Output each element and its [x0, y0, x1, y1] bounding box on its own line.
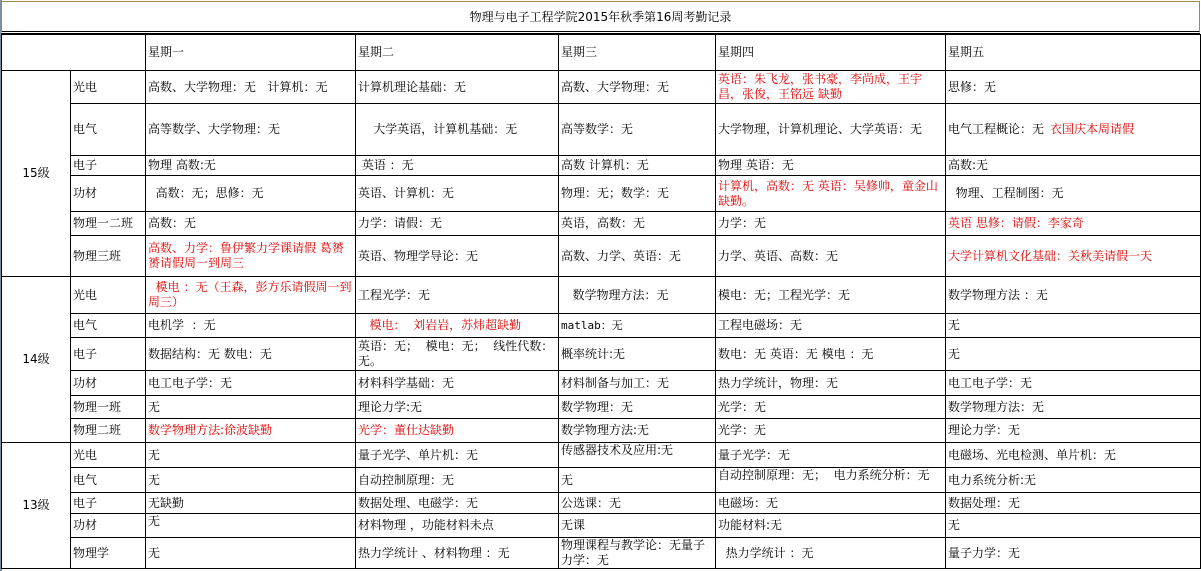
attendance-note: 电磁场、光电检测、单片机：无	[948, 448, 1116, 462]
attendance-cell: 热力学统计 ：无	[716, 538, 946, 569]
attendance-note: 传感器技术及应用:无	[561, 443, 673, 457]
class-label-cell: 物理三班	[71, 236, 146, 277]
attendance-note: 热力学统计，物理：无	[718, 376, 838, 390]
attendance-cell: 工程电磁场：无	[716, 314, 946, 338]
attendance-cell: 高数、大学物理：无	[559, 71, 716, 104]
attendance-cell: 光学：无	[716, 396, 946, 419]
table-row: 电子数据结构：无 数电：无英语：无； 模电：无； 线性代数：无。概率统计:无数电…	[2, 338, 1201, 371]
class-label-cell: 功材	[71, 514, 146, 538]
table-row: 电子物理 高数:无 英语 ：无高数 计算机：无物理 英语：无高数:无	[2, 156, 1201, 176]
attendance-note: 无	[148, 514, 160, 528]
grade-label-cell: 13级	[2, 443, 71, 569]
attendance-note: 物理课程与教学论：无量子力学：无	[561, 538, 705, 567]
attendance-cell: 材料物理 ，功能材料未点	[356, 514, 559, 538]
attendance-note: 无	[148, 448, 160, 462]
attendance-cell: 高数：无	[146, 212, 356, 236]
table-row: 电气电机学 ：无 模电： 刘岩岩，苏炜超缺勤matlab：无工程电磁场：无无	[2, 314, 1201, 338]
attendance-note: 英语、物理学导论：无	[358, 249, 478, 263]
attendance-cell: 模电：无；工程光学：无	[716, 277, 946, 314]
attendance-note: 材料制备与加工：无	[561, 376, 669, 390]
class-label-cell: 光电	[71, 443, 146, 468]
attendance-note: 高数、大学物理：无 计算机：无	[148, 80, 327, 94]
attendance-cell: 电磁场、光电检测、单片机：无	[946, 443, 1201, 468]
attendance-note: 无	[148, 473, 160, 487]
attendance-cell: 量子力学：无	[946, 538, 1201, 569]
attendance-cell: 数学物理方法:无	[559, 419, 716, 443]
attendance-cell: 无缺勤	[146, 493, 356, 514]
attendance-note: 力学：请假：无	[358, 216, 442, 230]
attendance-note: 电工电子学：无	[948, 376, 1032, 390]
attendance-cell: 计算机，高数：无 英语：吴修帅，童金山缺勤。	[716, 176, 946, 212]
attendance-note: 公选课：无	[561, 496, 621, 510]
attendance-cell: 力学：请假：无	[356, 212, 559, 236]
table-row: 电气无自动控制原理：无无自动控制原理：无； 电力系统分析：无电力系统分析:无	[2, 468, 1201, 493]
attendance-note: 无缺勤	[148, 496, 184, 510]
table-row: 电子无缺勤数据处理、电磁学：无公选课：无电磁场：无数据处理：无	[2, 493, 1201, 514]
class-label-cell: 电子	[71, 156, 146, 176]
attendance-cell: 无	[559, 468, 716, 493]
attendance-cell: 高数、力学：鲁伊繁力学课请假 葛赟赟请假周一到周三	[146, 236, 356, 277]
attendance-note: 无	[948, 347, 960, 361]
attendance-note: 光学：无	[718, 423, 766, 437]
absence-note: 光学：董仕达缺勤	[358, 423, 454, 437]
attendance-note: 大学英语，计算机基础：无	[358, 122, 517, 136]
table-row: 物理三班高数、力学：鲁伊繁力学课请假 葛赟赟请假周一到周三英语、物理学导论：无高…	[2, 236, 1201, 277]
table-row: 功材电工电子学：无材料科学基础：无材料制备与加工：无热力学统计，物理：无电工电子…	[2, 371, 1201, 396]
header-day-wed: 星期三	[559, 35, 716, 71]
attendance-note: 数学物理方法 ：无	[948, 288, 1048, 302]
attendance-cell: 物理 高数:无	[146, 156, 356, 176]
class-label-cell: 物理学	[71, 538, 146, 569]
attendance-cell: 自动控制原理：无； 电力系统分析：无	[716, 468, 946, 493]
attendance-note: 大学物理，计算机理论、大学英语：无	[718, 122, 922, 136]
attendance-cell: 概率统计:无	[559, 338, 716, 371]
attendance-cell: 大学物理，计算机理论、大学英语：无	[716, 104, 946, 156]
table-row: 物理学无热力学统计 、材料物理 ：无物理课程与教学论：无量子力学：无 热力学统计…	[2, 538, 1201, 569]
attendance-note: 材料物理 ，功能材料未点	[358, 518, 494, 532]
attendance-cell: 理论力学:无	[356, 396, 559, 419]
attendance-note: 物理 英语：无	[718, 158, 794, 172]
attendance-note: 高数、大学物理：无	[561, 80, 669, 94]
attendance-note: 理论力学：无	[948, 423, 1020, 437]
attendance-note: 高数：无；思修：无	[148, 186, 264, 200]
grade-label-cell: 15级	[2, 71, 71, 277]
attendance-cell: 数电：无 英语：无 模电 ：无	[716, 338, 946, 371]
attendance-note: 数据结构：无 数电：无	[148, 347, 272, 361]
table-row: 电气高等数学、大学物理：无 大学英语，计算机基础：无高等数学：无大学物理，计算机…	[2, 104, 1201, 156]
attendance-cell: 高等数学：无	[559, 104, 716, 156]
attendance-cell: 无	[146, 538, 356, 569]
attendance-cell: 高数:无	[946, 156, 1201, 176]
attendance-note: 电气工程概论：无	[948, 122, 1044, 136]
attendance-cell: 计算机理论基础：无	[356, 71, 559, 104]
attendance-cell: 英语、物理学导论：无	[356, 236, 559, 277]
attendance-cell: 思修：无	[946, 71, 1201, 104]
attendance-note: 量子光学：无	[718, 448, 790, 462]
attendance-cell: 物理：无；数学：无	[559, 176, 716, 212]
class-label-cell: 物理二班	[71, 419, 146, 443]
attendance-cell: 数学物理方法:徐波缺勤	[146, 419, 356, 443]
attendance-cell: 力学：无	[716, 212, 946, 236]
attendance-cell: 英语 思修：请假：李家奇	[946, 212, 1201, 236]
attendance-cell: 材料科学基础：无	[356, 371, 559, 396]
attendance-note: 计算机理论基础：无	[358, 80, 466, 94]
attendance-cell: 无	[146, 443, 356, 468]
attendance-cell: 数学物理方法 ：无	[946, 277, 1201, 314]
attendance-note: 高等数学：无	[561, 122, 633, 136]
attendance-cell: 无	[146, 468, 356, 493]
attendance-note: 思修：无	[948, 80, 996, 94]
class-label-cell: 物理一二班	[71, 212, 146, 236]
attendance-note: 物理：无；数学：无	[561, 186, 669, 200]
attendance-note: 量子光学、单片机：无	[358, 448, 478, 462]
attendance-cell: 高等数学、大学物理：无	[146, 104, 356, 156]
attendance-note: 物理 高数:无	[148, 158, 216, 172]
attendance-note: 数学物理方法：无	[948, 400, 1044, 414]
attendance-note: matlab：无	[561, 319, 623, 332]
table-row: 功材无材料物理 ，功能材料未点无课功能材料:无无	[2, 514, 1201, 538]
attendance-note: 无	[948, 518, 960, 532]
attendance-cell: 英语：朱飞龙，张书豪，李尚成，王宇昌，张俊，王铭远 缺勤	[716, 71, 946, 104]
sheet-title-text: 物理与电子工程学院2015年秋季第16周考勤记录	[470, 8, 732, 25]
attendance-note: 概率统计:无	[561, 347, 625, 361]
attendance-note: 英语 ：无	[358, 158, 414, 172]
class-label-cell: 光电	[71, 71, 146, 104]
attendance-cell: 无课	[559, 514, 716, 538]
attendance-note: 高数:无	[948, 158, 988, 172]
absence-note: 模电： 刘岩岩，苏炜超缺勤	[358, 318, 521, 332]
attendance-cell: 高数 计算机：无	[559, 156, 716, 176]
attendance-note: 模电：无；工程光学：无	[718, 288, 850, 302]
attendance-cell: 电工电子学：无	[146, 371, 356, 396]
attendance-note: 自动控制原理：无； 电力系统分析：无	[718, 468, 930, 482]
attendance-cell: 模电 ：无（王森，彭方乐请假周一到周三）	[146, 277, 356, 314]
attendance-cell: 英语：无； 模电：无； 线性代数：无。	[356, 338, 559, 371]
header-row: 星期一 星期二 星期三 星期四 星期五	[2, 35, 1201, 71]
attendance-cell: 物理 英语：无	[716, 156, 946, 176]
attendance-note: 数学物理方法：无	[561, 288, 668, 302]
attendance-note: 英语、计算机：无	[358, 186, 454, 200]
header-corner-cell	[2, 35, 146, 71]
absence-note: 数学物理方法:徐波缺勤	[148, 423, 272, 437]
attendance-cell: 电气工程概论：无衣国庆本周请假	[946, 104, 1201, 156]
absence-note: 衣国庆本周请假	[1050, 122, 1134, 136]
attendance-note: 高数：无	[148, 216, 196, 230]
attendance-cell: 无	[946, 514, 1201, 538]
attendance-cell: matlab：无	[559, 314, 716, 338]
attendance-cell: 高数：无；思修：无	[146, 176, 356, 212]
attendance-cell: 数学物理方法：无	[946, 396, 1201, 419]
class-label-cell: 电子	[71, 338, 146, 371]
class-label-cell: 电气	[71, 314, 146, 338]
attendance-note: 英语：无； 模电：无； 线性代数：无。	[358, 339, 553, 368]
attendance-note: 力学：无	[718, 216, 766, 230]
attendance-note: 物理、工程制图：无	[948, 186, 1064, 200]
table-row: 物理一二班高数：无力学：请假：无英语，高数：无力学：无英语 思修：请假：李家奇	[2, 212, 1201, 236]
sheet-title: 物理与电子工程学院2015年秋季第16周考勤记录	[1, 1, 1200, 34]
attendance-cell: 高数、大学物理：无 计算机：无	[146, 71, 356, 104]
attendance-cell: 热力学统计 、材料物理 ：无	[356, 538, 559, 569]
attendance-note: 高等数学、大学物理：无	[148, 122, 280, 136]
attendance-note: 工程光学：无	[358, 288, 430, 302]
attendance-note: 工程电磁场：无	[718, 318, 802, 332]
attendance-cell: 数据结构：无 数电：无	[146, 338, 356, 371]
attendance-cell: 英语、计算机：无	[356, 176, 559, 212]
attendance-cell: 光学：董仕达缺勤	[356, 419, 559, 443]
attendance-note: 无课	[561, 518, 585, 532]
attendance-cell: 无	[146, 514, 356, 538]
class-label-cell: 物理一班	[71, 396, 146, 419]
attendance-note: 自动控制原理：无	[358, 473, 454, 487]
attendance-cell: 英语，高数：无	[559, 212, 716, 236]
class-label-cell: 功材	[71, 371, 146, 396]
header-day-thu: 星期四	[716, 35, 946, 71]
attendance-note: 电机学 ：无	[148, 318, 216, 332]
grade-label-cell: 14级	[2, 277, 71, 443]
header-day-fri: 星期五	[946, 35, 1201, 71]
attendance-cell: 无	[946, 338, 1201, 371]
attendance-cell: 功能材料:无	[716, 514, 946, 538]
absence-note: 计算机，高数：无 英语：吴修帅，童金山缺勤。	[718, 179, 938, 208]
class-label-cell: 功材	[71, 176, 146, 212]
attendance-note: 光学：无	[718, 400, 766, 414]
attendance-cell: 自动控制原理：无	[356, 468, 559, 493]
attendance-note: 热力学统计 、材料物理 ：无	[358, 546, 510, 560]
attendance-note: 无	[148, 400, 160, 414]
attendance-table: 星期一 星期二 星期三 星期四 星期五 15级光电高数、大学物理：无 计算机：无…	[1, 34, 1201, 569]
class-label-cell: 电子	[71, 493, 146, 514]
table-row: 物理二班数学物理方法:徐波缺勤光学：董仕达缺勤数学物理方法:无光学：无理论力学：…	[2, 419, 1201, 443]
attendance-note: 数学物理：无	[561, 400, 633, 414]
attendance-cell: 物理课程与教学论：无量子力学：无	[559, 538, 716, 569]
attendance-cell: 传感器技术及应用:无	[559, 443, 716, 468]
attendance-cell: 数学物理方法：无	[559, 277, 716, 314]
attendance-cell: 材料制备与加工：无	[559, 371, 716, 396]
attendance-note: 热力学统计 ：无	[718, 546, 813, 560]
class-label-cell: 电气	[71, 468, 146, 493]
attendance-cell: 电力系统分析:无	[946, 468, 1201, 493]
attendance-note: 数据处理、电磁学：无	[358, 496, 478, 510]
attendance-note: 材料科学基础：无	[358, 376, 454, 390]
attendance-cell: 数据处理、电磁学：无	[356, 493, 559, 514]
absence-note: 英语 思修：请假：李家奇	[948, 216, 1084, 230]
attendance-cell: 大学计算机文化基础：关秋美请假一天	[946, 236, 1201, 277]
attendance-note: 数据处理：无	[948, 496, 1020, 510]
attendance-cell: 电工电子学：无	[946, 371, 1201, 396]
absence-note: 模电 ：无（王森，彭方乐请假周一到周三）	[148, 280, 351, 309]
attendance-cell: 电磁场：无	[716, 493, 946, 514]
attendance-cell: 理论力学：无	[946, 419, 1201, 443]
attendance-cell: 英语 ：无	[356, 156, 559, 176]
attendance-cell: 数学物理：无	[559, 396, 716, 419]
attendance-note: 高数、力学、英语：无	[561, 249, 681, 263]
absence-note: 英语：朱飞龙，张书豪，李尚成，王宇昌，张俊，王铭远 缺勤	[718, 72, 922, 101]
attendance-note: 电力系统分析:无	[948, 473, 1036, 487]
attendance-cell: 数据处理：无	[946, 493, 1201, 514]
attendance-cell: 无	[146, 396, 356, 419]
attendance-note: 力学、英语、高数：无	[718, 249, 838, 263]
attendance-cell: 物理、工程制图：无	[946, 176, 1201, 212]
attendance-note: 电磁场：无	[718, 496, 778, 510]
attendance-cell: 量子光学：无	[716, 443, 946, 468]
header-day-tue: 星期二	[356, 35, 559, 71]
attendance-cell: 量子光学、单片机：无	[356, 443, 559, 468]
attendance-cell: 光学：无	[716, 419, 946, 443]
attendance-note: 英语，高数：无	[561, 216, 645, 230]
attendance-note: 数学物理方法:无	[561, 423, 649, 437]
attendance-note: 高数 计算机：无	[561, 158, 649, 172]
attendance-note: 无	[561, 473, 573, 487]
attendance-cell: 公选课：无	[559, 493, 716, 514]
attendance-note: 数电：无 英语：无 模电 ：无	[718, 347, 873, 361]
attendance-note: 无	[948, 318, 960, 332]
attendance-cell: 热力学统计，物理：无	[716, 371, 946, 396]
table-row: 物理一班无理论力学:无数学物理：无光学：无数学物理方法：无	[2, 396, 1201, 419]
table-row: 14级光电 模电 ：无（王森，彭方乐请假周一到周三）工程光学：无 数学物理方法：…	[2, 277, 1201, 314]
attendance-note: 无	[148, 546, 160, 560]
attendance-cell: 高数、力学、英语：无	[559, 236, 716, 277]
header-day-mon: 星期一	[146, 35, 356, 71]
table-row: 功材 高数：无；思修：无英语、计算机：无物理：无；数学：无计算机，高数：无 英语…	[2, 176, 1201, 212]
attendance-note: 电工电子学：无	[148, 376, 232, 390]
attendance-cell: 大学英语，计算机基础：无	[356, 104, 559, 156]
attendance-cell: 工程光学：无	[356, 277, 559, 314]
absence-note: 大学计算机文化基础：关秋美请假一天	[948, 249, 1152, 263]
attendance-note: 功能材料:无	[718, 518, 782, 532]
class-label-cell: 光电	[71, 277, 146, 314]
class-label-cell: 电气	[71, 104, 146, 156]
table-row: 13级光电无量子光学、单片机：无传感器技术及应用:无量子光学：无电磁场、光电检测…	[2, 443, 1201, 468]
absence-note: 高数、力学：鲁伊繁力学课请假 葛赟赟请假周一到周三	[148, 241, 344, 270]
table-row: 15级光电高数、大学物理：无 计算机：无计算机理论基础：无高数、大学物理：无英语…	[2, 71, 1201, 104]
attendance-note: 量子力学：无	[948, 546, 1020, 560]
attendance-cell: 力学、英语、高数：无	[716, 236, 946, 277]
attendance-cell: 电机学 ：无	[146, 314, 356, 338]
attendance-note: 理论力学:无	[358, 400, 422, 414]
attendance-cell: 无	[946, 314, 1201, 338]
attendance-cell: 模电： 刘岩岩，苏炜超缺勤	[356, 314, 559, 338]
